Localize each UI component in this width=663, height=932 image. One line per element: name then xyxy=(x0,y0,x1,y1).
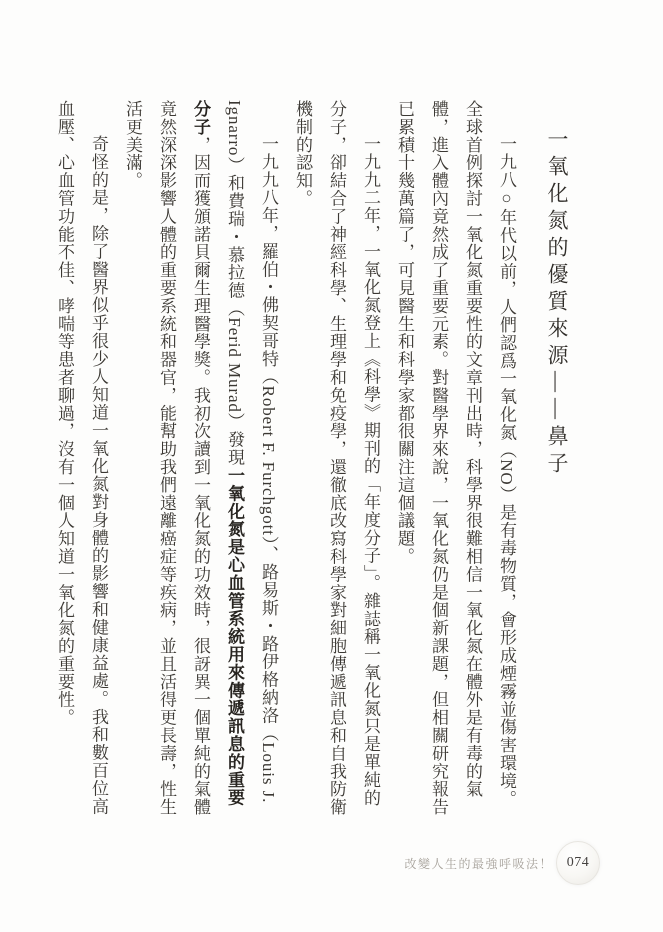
paragraph-3: 一九九八年，羅伯・佛契哥特（Robert F. Furchgott）、路易斯・路… xyxy=(115,100,285,816)
paragraph-3-rest: ，因而獲頒諾貝爾生理醫學獎。我初次讀到一氧化氮的功效時，很訝異一個單純的氣體竟然… xyxy=(123,100,210,816)
book-page: 一氧化氮的優質來源——鼻子 一九八○年代以前，人們認爲一氧化氮（NO）是有毒物質… xyxy=(0,0,663,932)
chapter-title: 一氧化氮的優質來源——鼻子 xyxy=(537,100,577,816)
running-footer-book-title: 改變人生的最強呼吸法！ xyxy=(404,855,553,872)
paragraph-2: 一九九二年，一氧化氮登上《科學》期刊的「年度分子」。雜誌稱一氧化氮只是單純的分子… xyxy=(285,100,387,816)
page-number-badge: 074 xyxy=(556,841,600,885)
page-content: 一氧化氮的優質來源——鼻子 一九八○年代以前，人們認爲一氧化氮（NO）是有毒物質… xyxy=(47,100,577,816)
paragraph-1: 一九八○年代以前，人們認爲一氧化氮（NO）是有毒物質，會形成煙霧並傷害環境。全球… xyxy=(387,100,523,816)
page-number: 074 xyxy=(567,855,590,871)
paragraph-4: 奇怪的是，除了醫界似乎很少人知道一氧化氮對身體的影響和健康益處。我和數百位高血壓… xyxy=(47,100,115,816)
